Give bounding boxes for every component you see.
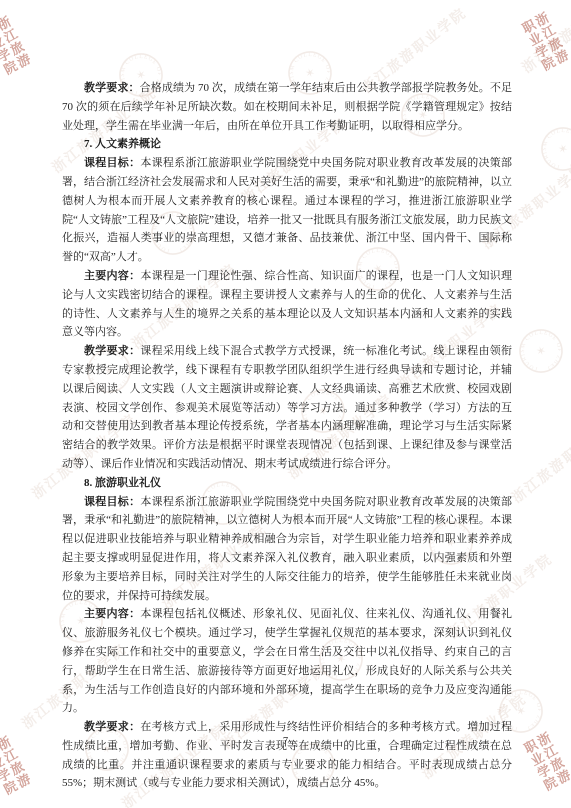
document-body: 教学要求：合格成绩为 70 次，成绩在第一学年结束后由公共教学部报学院教务处。不… — [62, 79, 512, 793]
paragraph-teaching-req-7: 教学要求：课程采用线上线下混合式教学方式授课，统一标准化考试。线上课程由领衔专家… — [62, 342, 512, 474]
paragraph-main-content-8: 主要内容：本课程包括礼仪概述、形象礼仪、见面礼仪、往来礼仪、沟通礼仪、用餐礼仪、… — [62, 605, 512, 718]
paragraph-label: 课程目标： — [84, 496, 140, 508]
svg-text:TOURISM COLLEGE OF ZHEJIANG: TOURISM COLLEGE OF ZHEJIANG — [512, 322, 567, 379]
paragraph-teaching-req-8: 教学要求：在考核方式上，采用形成性与终结性评价相结合的多种考核方式。增加过程性成… — [62, 718, 512, 793]
section-heading-8: 8. 旅游职业礼仪 — [62, 474, 512, 493]
paragraph-label: 主要内容： — [84, 608, 140, 620]
paragraph-course-goal-8: 课程目标：本课程系浙江旅游职业学院围绕党中央国务院对职业教育改革发展的决策部署，… — [62, 493, 512, 606]
page-number: 7 — [0, 736, 571, 747]
paragraph-text: 课程采用线上线下混合式教学方式授课，统一标准化考试。线上课程由领衔专家教授完成理… — [62, 345, 512, 470]
svg-text:✶: ✶ — [534, 343, 548, 359]
college-seal-watermark-icon: TOURISM COLLEGE OF ZHEJIANG ✶ — [512, 322, 570, 380]
paragraph-course-goal-7: 课程目标：本课程系浙江旅游职业学院围绕党中央国务院对职业教育改革发展的决策部署，… — [62, 154, 512, 267]
paragraph-text: 本课程系浙江旅游职业学院围绕党中央国务院对职业教育改革发展的决策部署，结合浙江经… — [62, 157, 512, 263]
college-corner-stamp-icon: 浙江旅游职业学院 — [518, 10, 571, 75]
paragraph-teaching-req-1: 教学要求：合格成绩为 70 次，成绩在第一学年结束后由公共教学部报学院教务处。不… — [62, 79, 512, 135]
paragraph-label: 教学要求： — [84, 721, 140, 733]
college-script-watermark-icon: 浙江旅游职业学院 — [517, 0, 571, 77]
college-script-watermark-icon: 浙江旅游职业学院 — [507, 413, 571, 508]
paragraph-label: 教学要求： — [84, 82, 140, 94]
paragraph-label: 课程目标： — [84, 157, 140, 169]
svg-text:✶: ✶ — [514, 703, 528, 719]
svg-text:✶: ✶ — [556, 141, 570, 157]
paragraph-text: 本课程系浙江旅游职业学院围绕党中央国务院对职业教育改革发展的决策部署，秉承“和礼… — [62, 496, 512, 602]
section-heading-7: 7. 人文素养概论 — [62, 135, 512, 154]
paragraph-label: 教学要求： — [84, 345, 140, 357]
document-page: TOURISM COLLEGE OF ZHEJIANG ✶ 浙江旅游职业学院 浙… — [0, 0, 571, 808]
college-seal-watermark-icon: TOURISM COLLEGE OF ZHEJIANG ✶ — [534, 120, 571, 178]
paragraph-main-content-7: 主要内容：本课程是一门理论性强、综合性高、知识面广的课程，也是一门人文知识理论与… — [62, 267, 512, 342]
paragraph-text: 本课程包括礼仪概述、形象礼仪、见面礼仪、往来礼仪、沟通礼仪、用餐礼仪、旅游服务礼… — [62, 608, 512, 714]
college-corner-stamp-icon: 浙江旅游职业学院 — [0, 14, 34, 79]
paragraph-label: 主要内容： — [84, 270, 140, 282]
svg-text:TOURISM COLLEGE OF ZHEJIANG: TOURISM COLLEGE OF ZHEJIANG — [534, 120, 571, 177]
